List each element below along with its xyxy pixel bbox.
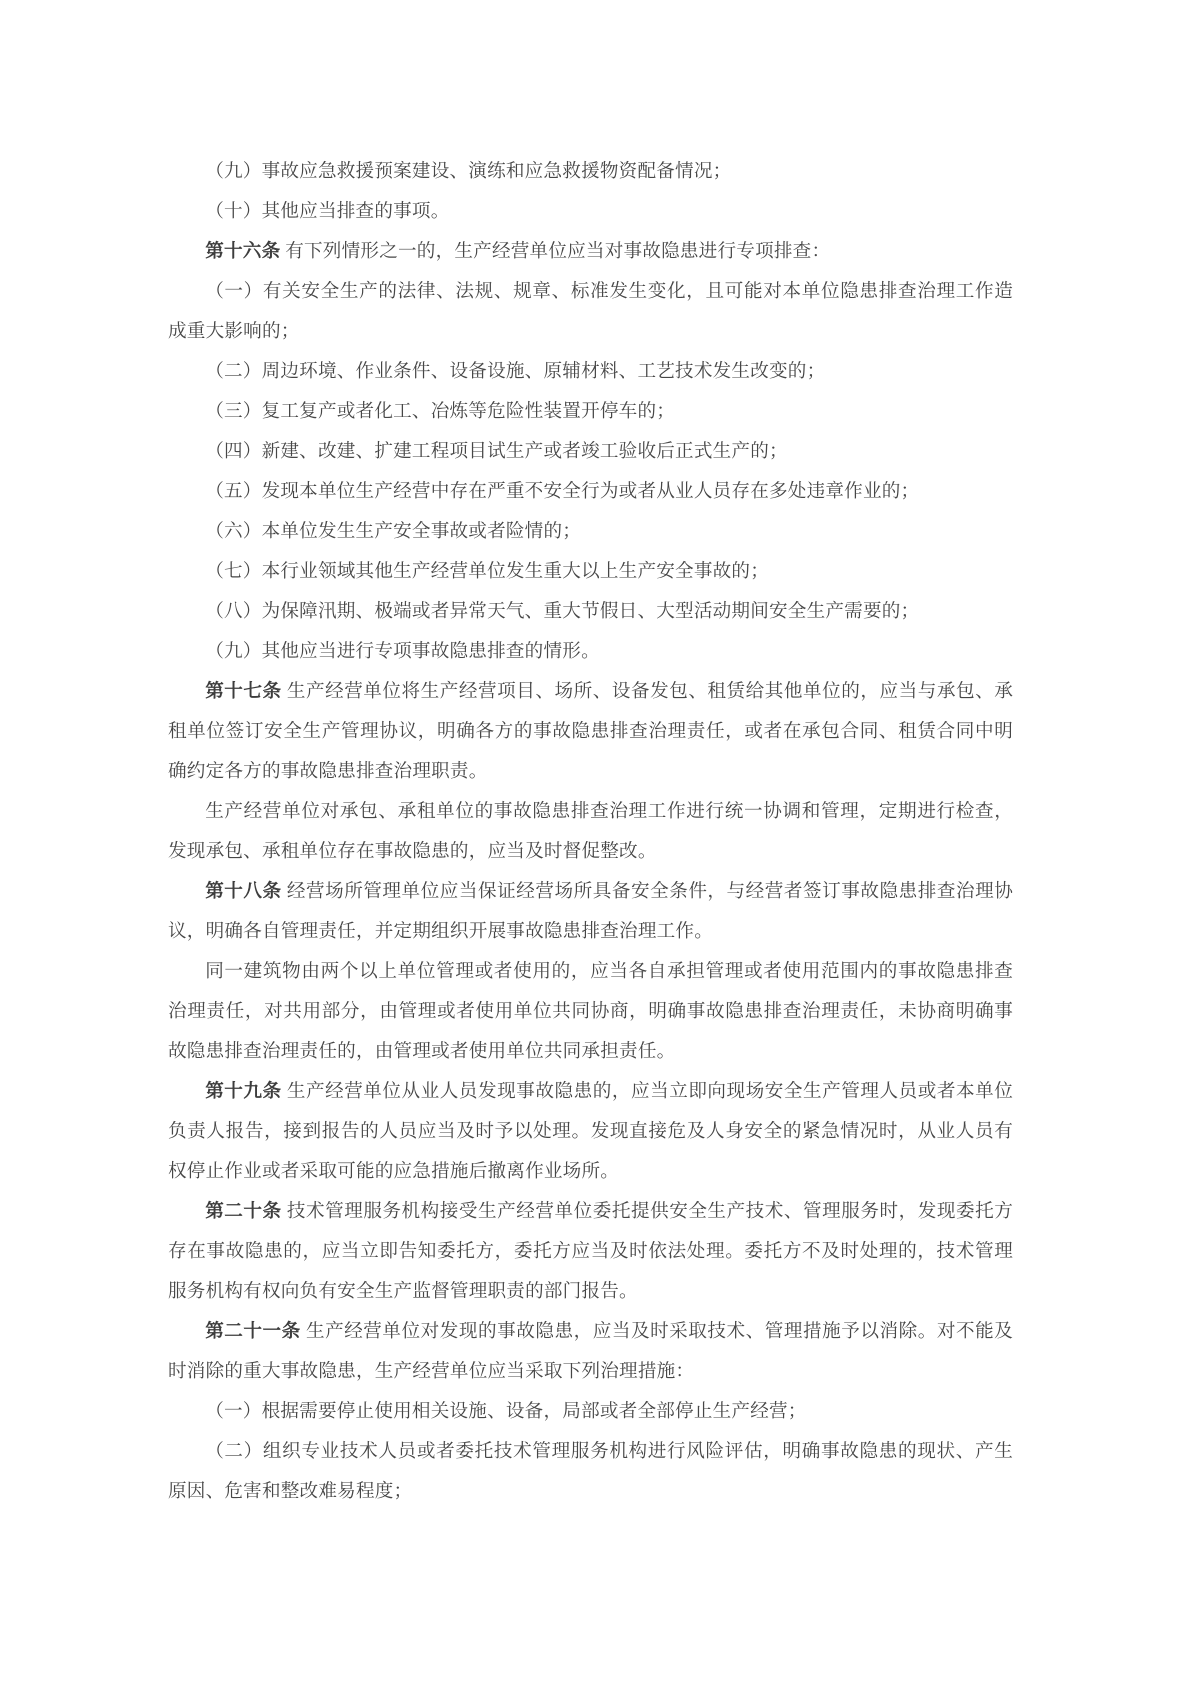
article-paragraph: 第二十条 技术管理服务机构接受生产经营单位委托提供安全生产技术、管理服务时，发现… (168, 1192, 1013, 1312)
body-paragraph: （二）周边环境、作业条件、设备设施、原辅材料、工艺技术发生改变的； (168, 352, 1013, 392)
body-paragraph: （十）其他应当排查的事项。 (168, 192, 1013, 232)
body-paragraph: （六）本单位发生生产安全事故或者险情的； (168, 512, 1013, 552)
body-paragraph: （七）本行业领域其他生产经营单位发生重大以上生产安全事故的； (168, 552, 1013, 592)
article-number: 第十七条 (205, 681, 281, 702)
article-text: 经营场所管理单位应当保证经营场所具备安全条件，与经营者签订事故隐患排查治理协议，… (168, 881, 1013, 942)
article-text: 生产经营单位将生产经营项目、场所、设备发包、租赁给其他单位的，应当与承包、承租单… (168, 681, 1013, 782)
article-paragraph: 第十九条 生产经营单位从业人员发现事故隐患的，应当立即向现场安全生产管理人员或者… (168, 1072, 1013, 1192)
article-text: 生产经营单位从业人员发现事故隐患的，应当立即向现场安全生产管理人员或者本单位负责… (168, 1081, 1013, 1182)
article-text: 技术管理服务机构接受生产经营单位委托提供安全生产技术、管理服务时，发现委托方存在… (168, 1201, 1013, 1302)
document-page: （九）事故应急救援预案建设、演练和应急救援物资配备情况；（十）其他应当排查的事项… (0, 0, 1190, 1683)
article-paragraph: 第十八条 经营场所管理单位应当保证经营场所具备安全条件，与经营者签订事故隐患排查… (168, 872, 1013, 952)
body-paragraph: （二）组织专业技术人员或者委托技术管理服务机构进行风险评估，明确事故隐患的现状、… (168, 1432, 1013, 1512)
body-paragraph: （三）复工复产或者化工、冶炼等危险性装置开停车的； (168, 392, 1013, 432)
body-paragraph: （四）新建、改建、扩建工程项目试生产或者竣工验收后正式生产的； (168, 432, 1013, 472)
article-number: 第十八条 (205, 881, 281, 902)
body-paragraph: （八）为保障汛期、极端或者异常天气、重大节假日、大型活动期间安全生产需要的； (168, 592, 1013, 632)
body-paragraph: （一）根据需要停止使用相关设施、设备，局部或者全部停止生产经营； (168, 1392, 1013, 1432)
article-number: 第十九条 (205, 1081, 281, 1102)
body-paragraph: （一）有关安全生产的法律、法规、规章、标准发生变化，且可能对本单位隐患排查治理工… (168, 272, 1013, 352)
article-number: 第十六条 (205, 241, 280, 262)
article-paragraph: 第十六条 有下列情形之一的，生产经营单位应当对事故隐患进行专项排查： (168, 232, 1013, 272)
body-paragraph: （九）其他应当进行专项事故隐患排查的情形。 (168, 632, 1013, 672)
body-paragraph: （九）事故应急救援预案建设、演练和应急救援物资配备情况； (168, 152, 1013, 192)
article-number: 第二十一条 (205, 1321, 301, 1342)
body-paragraph: （五）发现本单位生产经营中存在严重不安全行为或者从业人员存在多处违章作业的； (168, 472, 1013, 512)
article-text: 有下列情形之一的，生产经营单位应当对事故隐患进行专项排查： (280, 241, 830, 262)
article-paragraph: 第十七条 生产经营单位将生产经营项目、场所、设备发包、租赁给其他单位的，应当与承… (168, 672, 1013, 792)
body-paragraph: 生产经营单位对承包、承租单位的事故隐患排查治理工作进行统一协调和管理，定期进行检… (168, 792, 1013, 872)
body-paragraph: 同一建筑物由两个以上单位管理或者使用的，应当各自承担管理或者使用范围内的事故隐患… (168, 952, 1013, 1072)
article-paragraph: 第二十一条 生产经营单位对发现的事故隐患，应当及时采取技术、管理措施予以消除。对… (168, 1312, 1013, 1392)
document-body: （九）事故应急救援预案建设、演练和应急救援物资配备情况；（十）其他应当排查的事项… (168, 152, 1013, 1512)
article-number: 第二十条 (205, 1201, 281, 1222)
